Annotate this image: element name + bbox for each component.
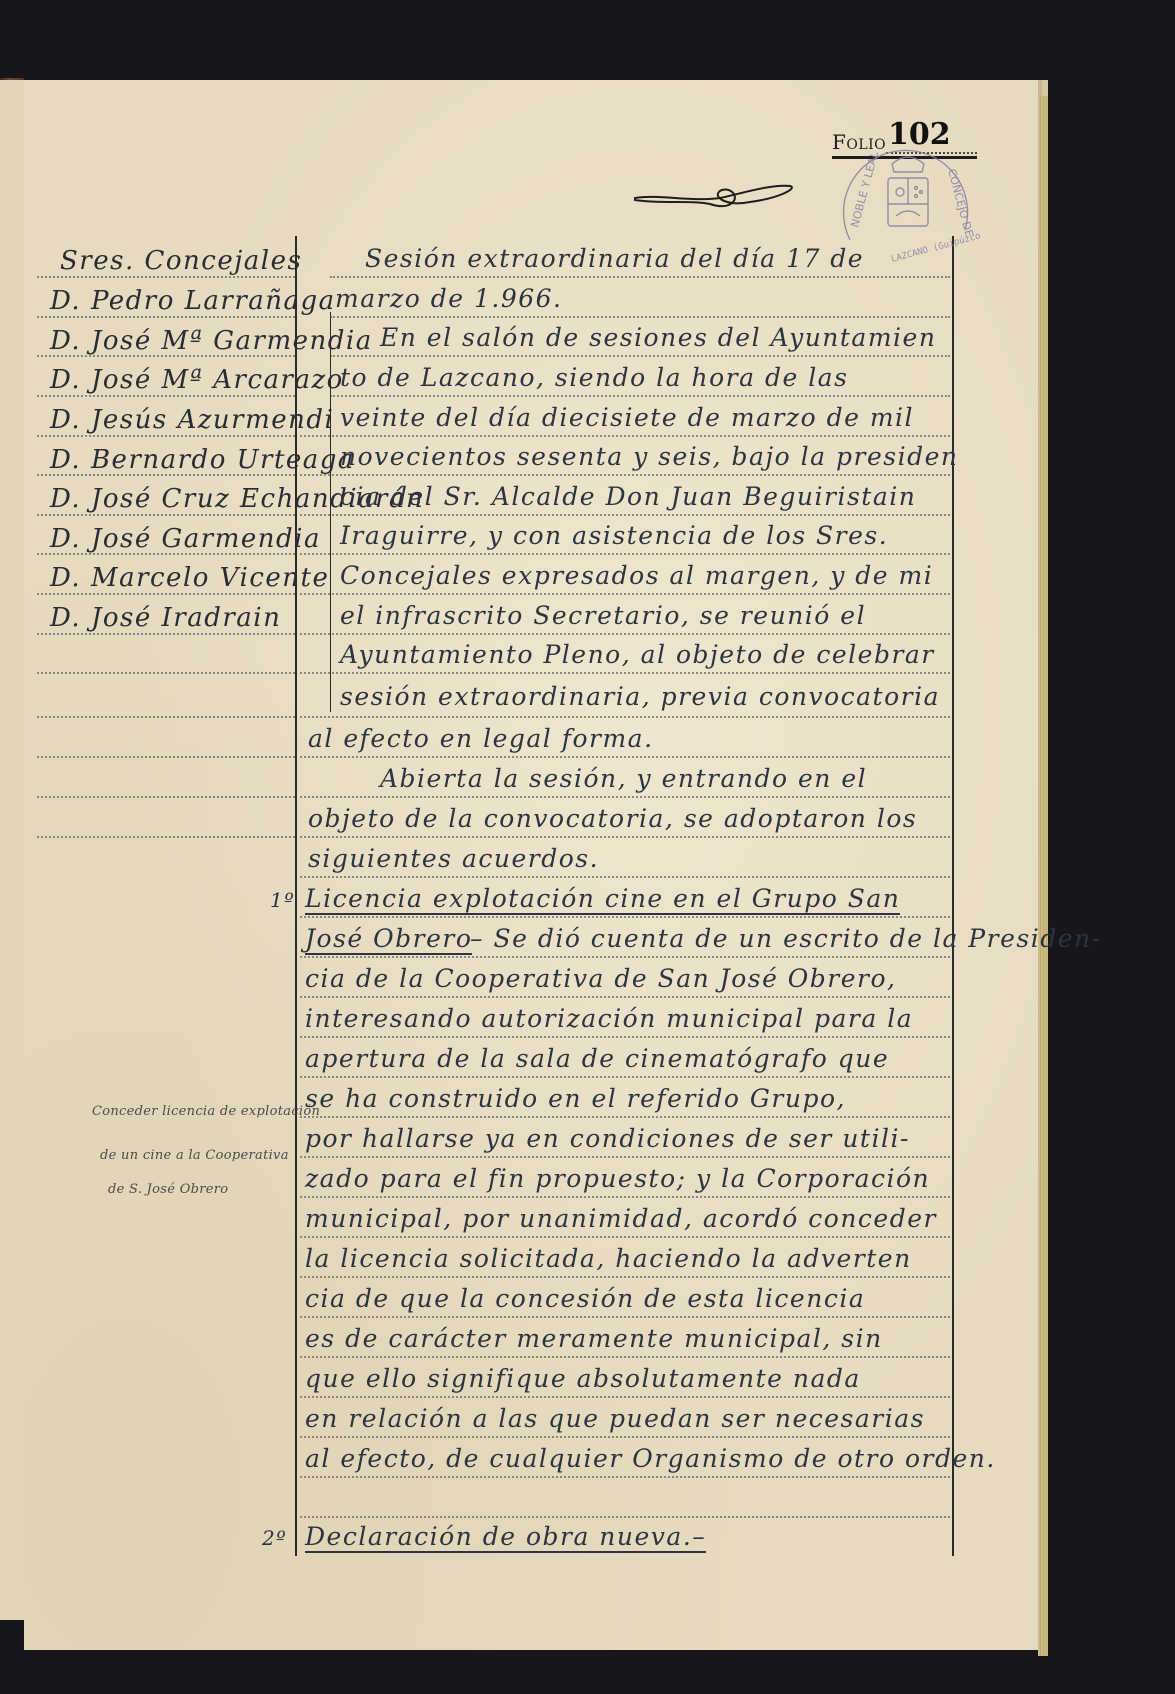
- text-line: cia de que la concesión de esta licencia: [305, 1284, 865, 1313]
- text-line: Concejales expresados al margen, y de mi: [340, 561, 933, 590]
- text-line: que ello signifique absolutamente nada: [305, 1364, 861, 1393]
- annotation-line: Conceder licencia de explotación: [92, 1104, 320, 1119]
- councillor-name: D. Marcelo Vicente: [50, 563, 329, 593]
- councillor-name: D. José Mª Arcarazo: [50, 365, 344, 395]
- text-line: el infrascrito Secretario, se reunió el: [340, 601, 866, 630]
- text-line: novecientos sesenta y seis, bajo la pres…: [340, 442, 958, 471]
- text-line: – Se dió cuenta de un escrito de la Pres…: [470, 924, 1102, 953]
- text-line: Iraguirre, y con asistencia de los Sres.: [340, 521, 888, 550]
- text-line: Abierta la sesión, y entrando en el: [380, 764, 867, 793]
- text-line: objeto de la convocatoria, se adoptaron …: [308, 804, 917, 833]
- text-line: al efecto en legal forma.: [308, 724, 654, 753]
- text-line: siguientes acuerdos.: [308, 844, 599, 873]
- item-heading: Licencia explotación cine en el Grupo Sa…: [305, 884, 900, 915]
- text-line: apertura de la sala de cinematógrafo que: [305, 1044, 889, 1073]
- pen-flourish-icon: [620, 180, 800, 220]
- svg-text:CONCEJO DE: CONCEJO DE: [945, 167, 976, 238]
- item-number: 2º: [262, 1526, 287, 1550]
- text-line: zado para el fin propuesto; y la Corpora…: [305, 1164, 930, 1193]
- annotation-line: de S. José Obrero: [108, 1182, 228, 1197]
- councillor-name: D. José Iradrain: [50, 603, 281, 633]
- councillor-name: D. Pedro Larrañaga: [50, 286, 336, 316]
- text-line: se ha construido en el referido Grupo,: [305, 1084, 846, 1113]
- text-line: interesando autorización municipal para …: [305, 1004, 913, 1033]
- text-line: la licencia solicitada, haciendo la adve…: [305, 1244, 912, 1273]
- text-line: sesión extraordinaria, previa convocator…: [340, 682, 940, 711]
- title-line: marzo de 1.966.: [335, 284, 563, 313]
- councillor-name: D. José Mª Garmendia: [50, 326, 373, 356]
- text-line: al efecto, de cualquier Organismo de otr…: [305, 1444, 996, 1473]
- text-line: veinte del día diecisiete de marzo de mi…: [340, 403, 914, 432]
- text-line: por hallarse ya en condiciones de ser ut…: [305, 1124, 910, 1153]
- text-line: es de carácter meramente municipal, sin: [305, 1324, 883, 1353]
- councillor-name: D. Jesús Azurmendi: [50, 405, 334, 435]
- item-heading: José Obrero: [305, 924, 472, 955]
- text-line: Ayuntamiento Pleno, al objeto de celebra…: [340, 640, 935, 669]
- text-line: en relación a las que puedan ser necesar…: [305, 1404, 925, 1433]
- councillors-heading: Sres. Concejales: [60, 246, 302, 276]
- column-divider-right: [952, 236, 954, 1556]
- text-line: En el salón de sesiones del Ayuntamien: [380, 323, 936, 352]
- page-stack-edge: [1038, 96, 1048, 1656]
- text-line: municipal, por unanimidad, acordó conced…: [305, 1204, 937, 1233]
- previous-page-edge: [0, 80, 26, 1620]
- svg-text:LAZCANO (Guipúzcoa): LAZCANO (Guipúzcoa): [890, 229, 980, 265]
- annotation-line: de un cine a la Cooperativa: [100, 1148, 289, 1163]
- title-line: Sesión extraordinaria del día 17 de: [365, 244, 864, 273]
- text-line: to de Lazcano, siendo la hora de las: [340, 363, 848, 392]
- text-line: cia del Sr. Alcalde Don Juan Beguiristai…: [340, 482, 916, 511]
- text-line: cia de la Cooperativa de San José Obrero…: [305, 964, 897, 993]
- councillor-name: D. José Garmendia: [50, 524, 321, 554]
- item-number: 1º: [270, 888, 295, 912]
- item-heading: Declaración de obra nueva.–: [305, 1522, 706, 1553]
- councillor-name: D. Bernardo Urteaga: [50, 445, 355, 475]
- svg-text:NOBLE Y LEAL: NOBLE Y LEAL: [848, 149, 881, 229]
